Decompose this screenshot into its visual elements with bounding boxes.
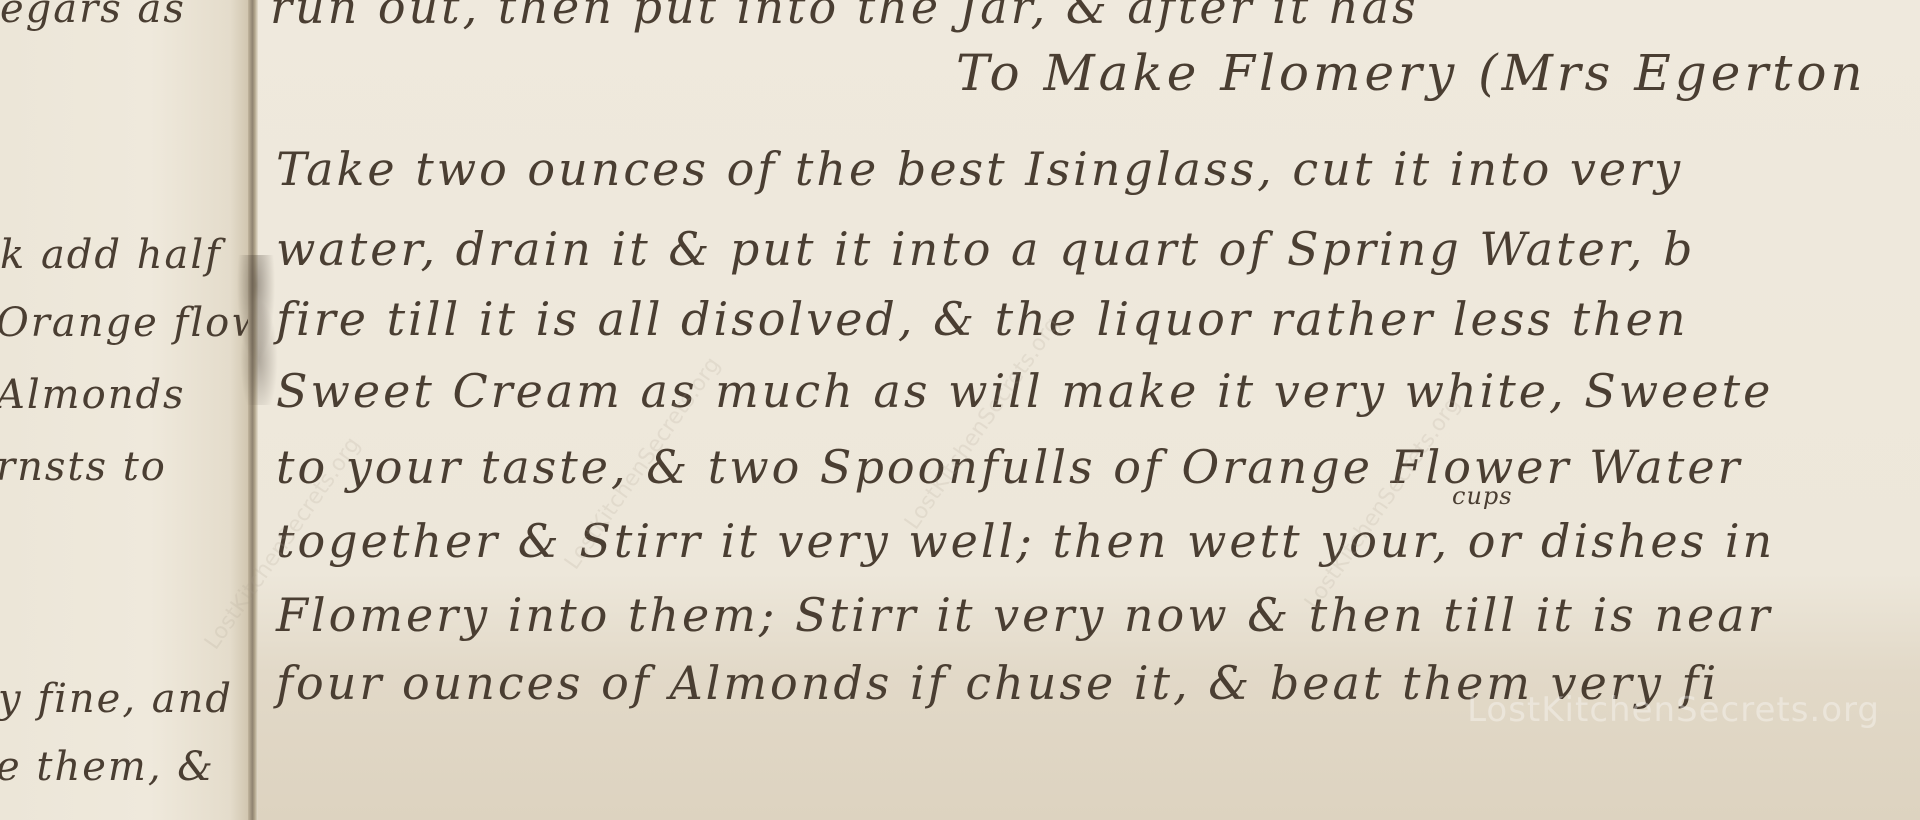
left-line-5: rnsts to <box>0 444 167 490</box>
left-page: egars as k add half Orange flower Almond… <box>0 0 250 820</box>
recipe-line-5: to your taste, & two Spoonfulls of Orang… <box>276 440 1743 494</box>
recipe-line-6: together & Stirr it very well; then wett… <box>276 514 1775 568</box>
ink-stain <box>226 255 286 405</box>
left-line-4: Almonds <box>0 372 186 418</box>
corner-watermark: LostKitchenSecrets.org <box>1467 690 1880 730</box>
recipe-line-7: Flomery into them; Stirr it very now & t… <box>276 588 1773 642</box>
recipe-line-3: fire till it is all disolved, & the liqu… <box>276 292 1689 346</box>
top-line: run out, then put into the Jar, & after … <box>270 0 1419 34</box>
left-line-1: egars as <box>0 0 186 32</box>
recipe-heading: To Make Flomery (Mrs Egerton <box>956 44 1867 102</box>
recipe-line-1: Take two ounces of the best Isinglass, c… <box>276 142 1683 196</box>
manuscript-spread: egars as k add half Orange flower Almond… <box>0 0 1920 820</box>
interlinear-insertion: cups <box>1452 482 1513 510</box>
left-line-2: k add half <box>0 232 222 278</box>
left-line-6: y fine, and <box>0 676 233 722</box>
left-line-7: e them, & <box>0 744 215 790</box>
book-gutter <box>248 0 258 820</box>
recipe-line-2: water, drain it & put it into a quart of… <box>276 222 1695 276</box>
